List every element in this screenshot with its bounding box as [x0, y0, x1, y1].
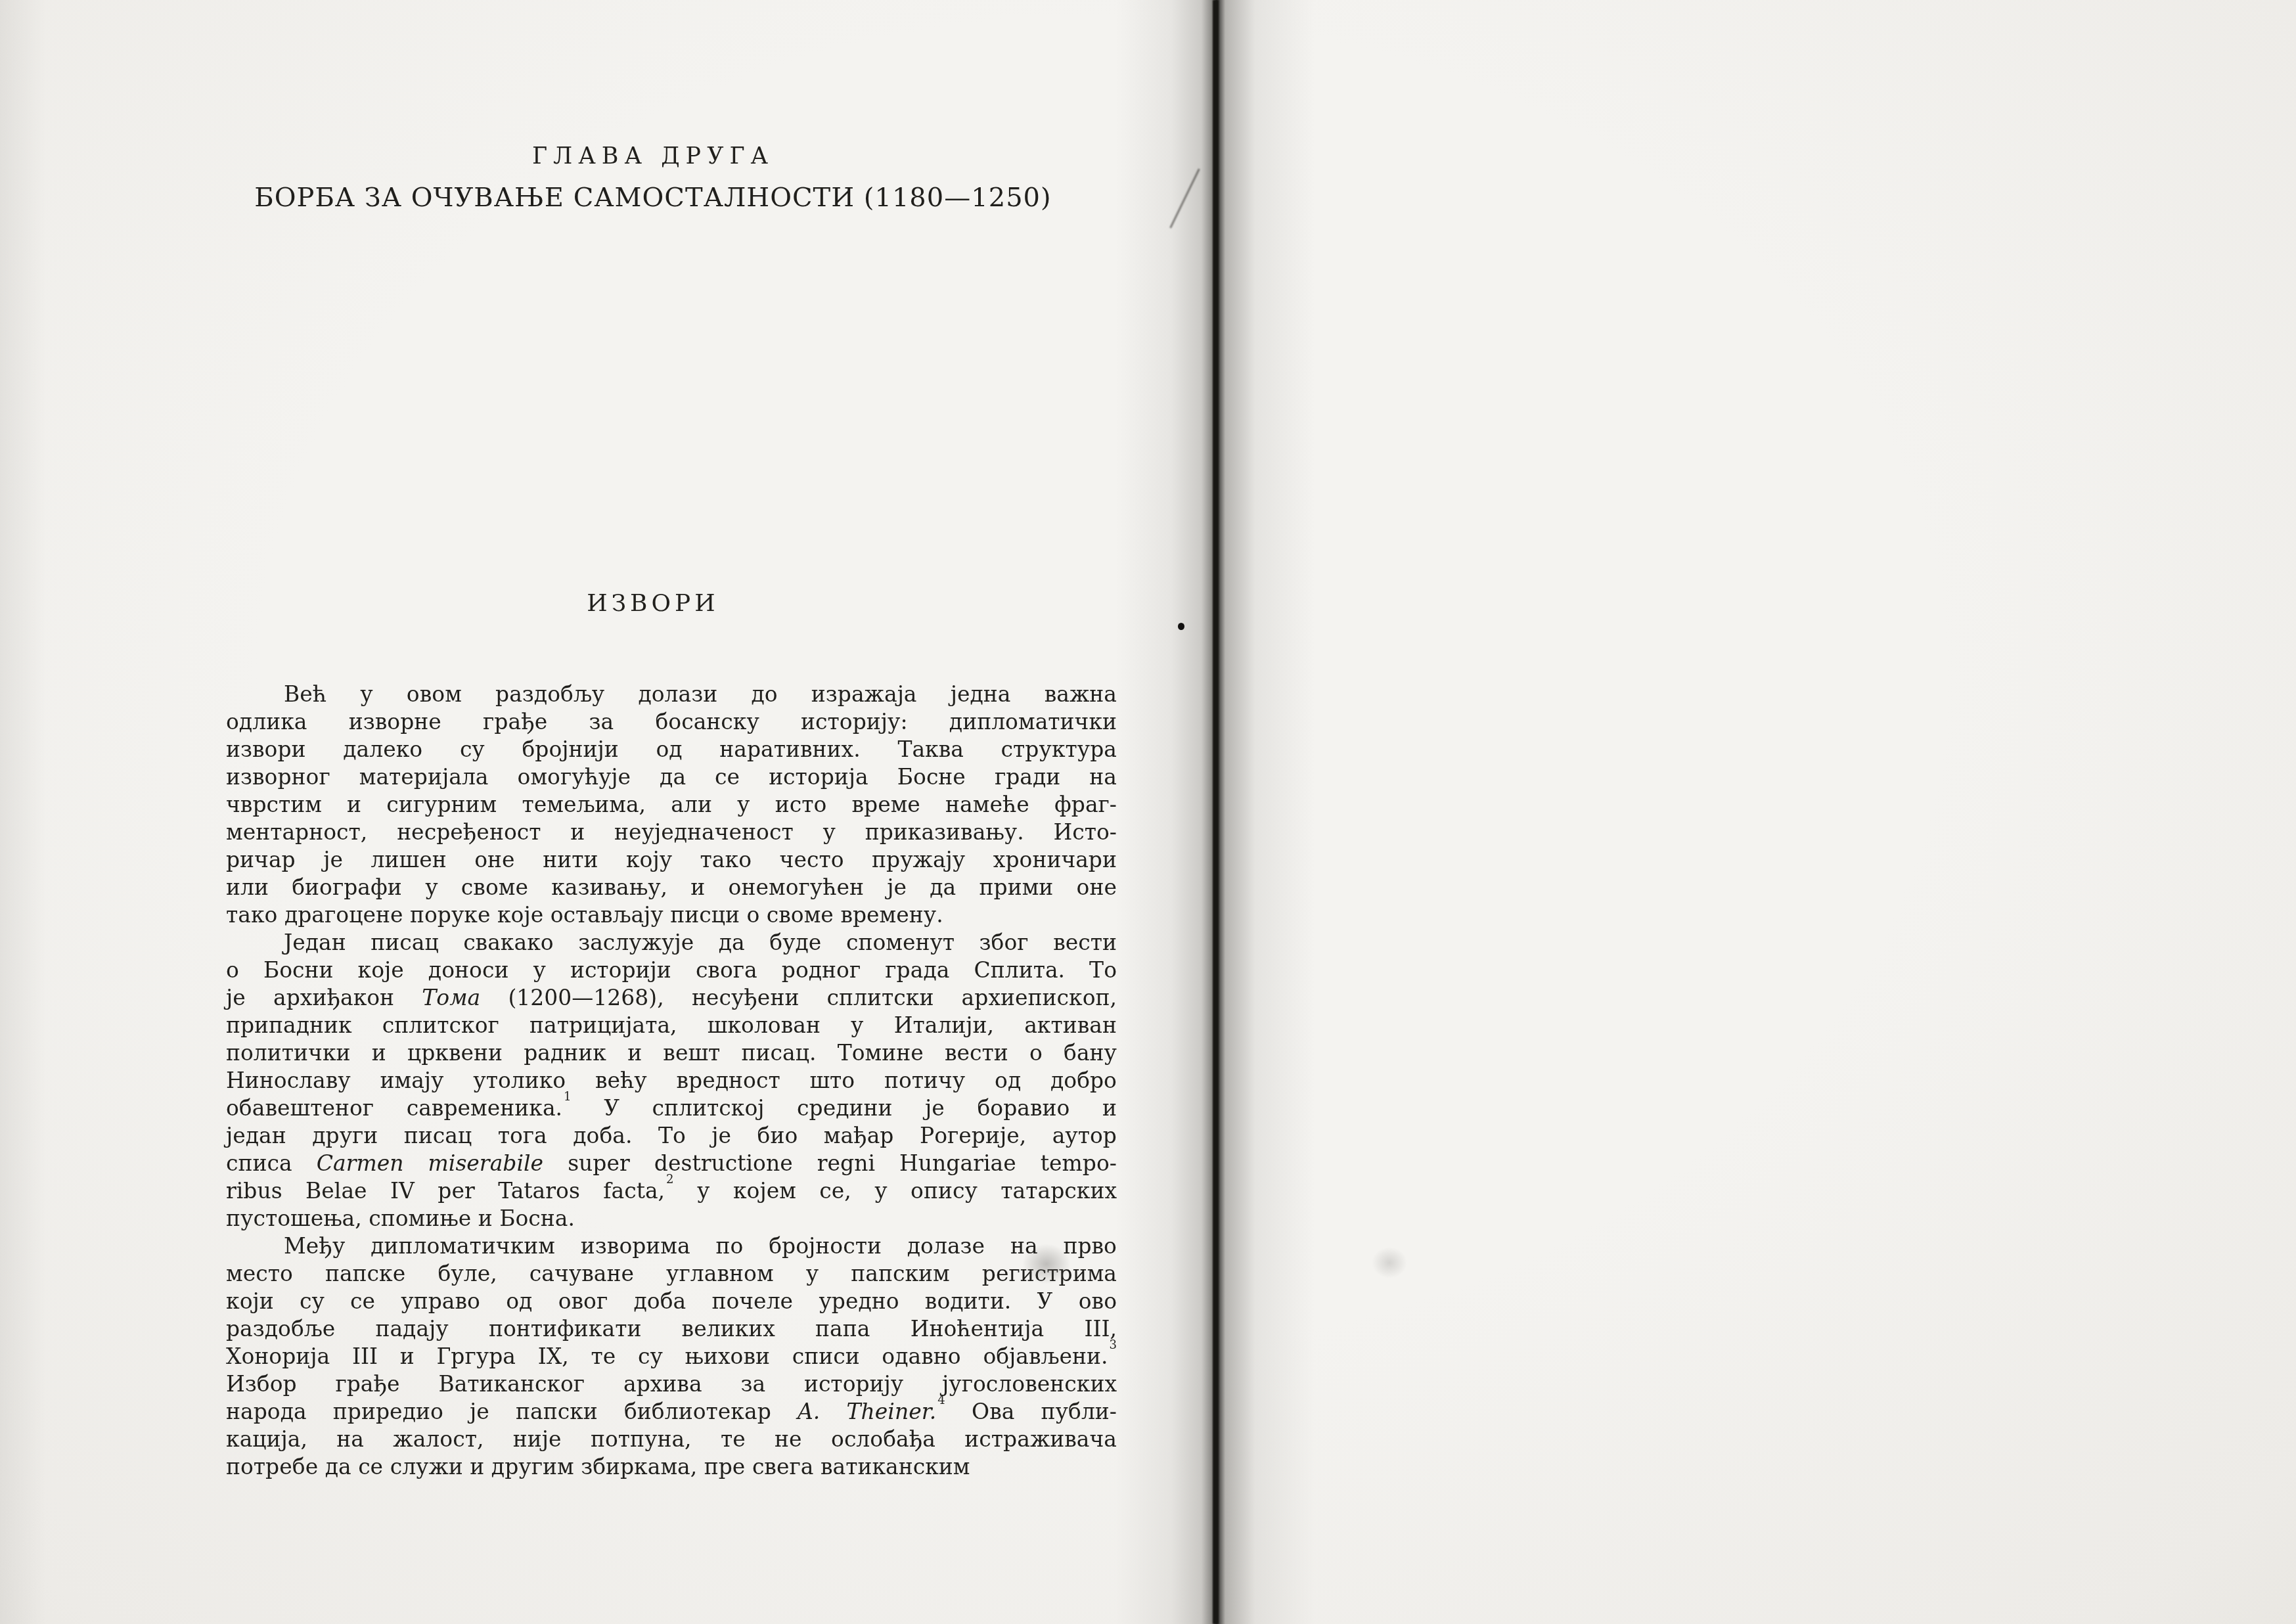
- section-title: ИЗВОРИ: [226, 590, 1080, 617]
- paragraph: Међу дипломатичким изворима по бројности…: [226, 1232, 1117, 1481]
- text-line: о Босни које доноси у историји свога род…: [226, 957, 1117, 984]
- text-line: Један писац свакако заслужује да буде сп…: [226, 929, 1117, 957]
- text-line: један други писац тога доба. То је био м…: [226, 1122, 1117, 1150]
- text-line: ричар је лишен оне нити коју тако често …: [226, 846, 1117, 874]
- text-line: тако драгоцене поруке које остављају пис…: [226, 901, 1117, 929]
- page-edge-shadow: [0, 0, 46, 1624]
- text-line: изворног материјала омогућује да се исто…: [226, 763, 1117, 791]
- text-line: Хонорија III и Гргура IX, те су њихови с…: [226, 1343, 1117, 1370]
- text-line: пустошења, спомиње и Босна.: [226, 1205, 1117, 1232]
- text-line: обавештеног савременика.1 У сплитској ср…: [226, 1094, 1117, 1122]
- scanned-book-spread: { "left_page": { "chapter_label": "ГЛАВА…: [0, 0, 2296, 1624]
- text-line: Већ у овом раздобљу долази до изражаја ј…: [226, 681, 1117, 708]
- chapter-title: БОРБА ЗА ОЧУВАЊЕ САМОСТАЛНОСТИ (1180—125…: [193, 183, 1113, 213]
- right-page: БОРБА ЗА ОЧУВАЊЕ САМОСТАЛНОСТИ (1180—125…: [1314, 0, 2296, 1624]
- text-line: је архиђакон Тома (1200—1268), несуђени …: [226, 984, 1117, 1012]
- text-line: потребе да се служи и другим збиркама, п…: [226, 1453, 1117, 1481]
- paper-smudge: [1372, 1247, 1407, 1278]
- text-line: Избор грађе Ватиканског архива за истори…: [226, 1370, 1117, 1398]
- text-line: кација, на жалост, није потпуна, те не о…: [226, 1426, 1117, 1453]
- text-line: раздобље падају понтификати великих папа…: [226, 1315, 1117, 1343]
- text-line: место папске буле, сачуване углавном у п…: [226, 1260, 1117, 1288]
- text-line: ribus Belae IV per Tataros facta,2 у кој…: [226, 1177, 1117, 1205]
- text-line: или биографи у своме казивању, и онемогу…: [226, 874, 1117, 901]
- text-line: народа приредио је папски библиотекар A.…: [226, 1398, 1117, 1426]
- text-line: извори далеко су бројнији од наративних.…: [226, 736, 1117, 763]
- book-gutter-line: [1213, 0, 1219, 1624]
- text-line: припадник сплитског патрицијата, школова…: [226, 1012, 1117, 1039]
- text-line: ментарност, несређеност и неуједначеност…: [226, 819, 1117, 846]
- left-page: ГЛАВА ДРУГА БОРБА ЗА ОЧУВАЊЕ САМОСТАЛНОС…: [0, 0, 1117, 1624]
- text-line: чврстим и сигурним темељима, али у исто …: [226, 791, 1117, 819]
- ink-speck: [1178, 623, 1184, 630]
- text-line: Нинославу имају утолико већу вредност шт…: [226, 1067, 1117, 1094]
- left-text-block: Већ у овом раздобљу долази до изражаја ј…: [226, 681, 1117, 1481]
- paper-smudge: [1022, 1244, 1071, 1284]
- text-line: одлика изворне грађе за босанску историј…: [226, 708, 1117, 736]
- paragraph: Већ у овом раздобљу долази до изражаја ј…: [226, 681, 1117, 929]
- chapter-label: ГЛАВА ДРУГА: [226, 143, 1080, 169]
- text-line: Међу дипломатичким изворима по бројности…: [226, 1232, 1117, 1260]
- text-line: који су се управо од овог доба почеле ур…: [226, 1288, 1117, 1315]
- paragraph: Један писац свакако заслужује да буде сп…: [226, 929, 1117, 1232]
- text-line: политички и црквени радник и вешт писац.…: [226, 1039, 1117, 1067]
